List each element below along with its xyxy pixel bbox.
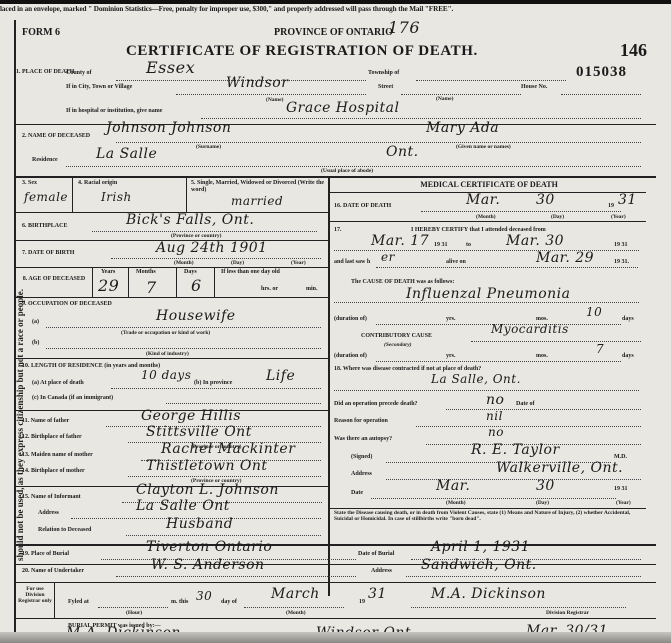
physician-address-label: Address [351,471,372,477]
certify-number: 17. [334,227,342,233]
father-field[interactable]: George Hillis [141,408,241,424]
signed-label: (Signed) [351,454,372,460]
mother-birthplace-field[interactable]: Thistletown Ont [146,458,268,474]
contributory-yrs-label: yrs. [446,353,456,359]
cause-yrs-label: yrs. [446,316,456,322]
operation-label: Did an operation precede death? [334,401,418,407]
cause-duration-label: (duration of) [334,316,367,322]
house-label: House No. [521,84,547,90]
dob-year-caption: (Year) [291,260,306,266]
operation-field[interactable]: no [486,392,504,408]
father-birthplace-label: 12. Birthplace of father [22,434,82,440]
attended-to-year: 19 31 [614,242,628,248]
contracted-field[interactable]: La Salle, Ont. [431,372,521,386]
racial-origin-label: 4. Racial origin [78,180,117,186]
registration-number: 015038 [576,64,627,81]
day-of-label: day of [221,599,237,605]
dob-month-caption: (Month) [174,260,194,266]
given-names-field[interactable]: Mary Ada [426,120,499,136]
certify-date-day-field[interactable]: 30 [536,478,555,494]
city-name-caption: (Name) [266,97,283,103]
relation-label: Relation to Deceased [38,527,91,533]
certify-date-year: 19 31 [614,486,628,492]
street-name-caption: (Name) [436,96,453,102]
postal-notice: laced in an envelope, marked " Dominion … [0,5,671,13]
age-hrs-label: hrs. or [261,286,278,292]
street-label: Street [378,84,393,90]
racial-origin-field[interactable]: Irish [101,190,132,204]
undertaker-label: 20. Name of Undertaker [22,568,84,574]
undertaker-address-field[interactable]: Sandwich, Ont. [421,557,537,573]
informant-field[interactable]: Clayton L. Johnson [136,482,279,498]
autopsy-label: Was there an autopsy? [334,436,392,442]
undertaker-address-label: Address [371,568,392,574]
mother-field[interactable]: Rachel Mackinter [161,441,295,457]
informant-label: 15. Name of Informant [22,494,81,500]
dod-month-caption: (Month) [476,214,496,220]
last-saw-field[interactable]: er [381,250,395,264]
dod-year-field[interactable]: 31 [618,192,637,208]
birthplace-field[interactable]: Bick's Falls, Ont. [126,212,254,228]
city-label: If in City, Town or Village [66,84,132,90]
township-label: Township of [368,70,399,76]
contributory-duration-label: (duration of) [334,353,367,359]
reason-field[interactable]: nil [486,409,503,423]
hospital-label: If in hospital or institution, give name [66,108,162,114]
scan-bottom-edge [0,632,671,643]
registrar-caption: Division Registrar [546,610,589,616]
dod-day-caption: (Day) [551,214,564,220]
sex-label: 3. Sex [22,180,37,186]
last-saw-label: and last saw h [334,259,370,265]
contributory-field[interactable]: Myocarditis [491,322,569,336]
occupation-b-caption: (Kind of industry) [146,351,189,357]
hospital-field[interactable]: Grace Hospital [286,100,400,116]
filed-month-caption: (Month) [286,610,306,616]
contributory-days-label: days [622,353,634,359]
county-label: County of [66,70,92,76]
age-label: 8. AGE OF DECEASED [20,275,88,283]
to-label: to [466,242,471,248]
dod-day-field[interactable]: 30 [536,192,555,208]
operation-date-label: Date of [516,401,535,407]
place-of-death-label: 1. PLACE OF DEATH [16,68,56,76]
registrar-side-label: For use Division Registrar only [17,586,53,604]
residence-label: Residence [32,157,58,163]
cause-label: The CAUSE OF DEATH was as follows: [351,279,454,285]
marital-status-field[interactable]: married [231,194,283,208]
residence-length-label: 10. LENGTH OF RESIDENCE (in years and mo… [22,363,160,369]
county-field[interactable]: Essex [146,58,195,77]
informant-address-field[interactable]: La Salle Ont [136,498,230,514]
physician-address-field[interactable]: Walkerville, Ont. [496,460,623,476]
burial-date-label: Date of Burial [358,551,394,557]
given-names-caption: (Given name or names) [456,144,511,150]
certify-year-caption: (Year) [616,500,631,506]
form-number: FORM 6 [22,27,60,38]
informant-address-label: Address [38,510,59,516]
medical-heading: MEDICAL CERTIFICATE OF DEATH [334,180,644,189]
occupation-b-label: (b) [32,340,39,346]
age-years-field[interactable]: 29 [98,276,119,295]
cause-field[interactable]: Influenzal Pneumonia [406,286,570,302]
certify-date-label: Date [351,490,363,496]
cause-days-label: days [622,316,634,322]
marital-status-label: 5. Single, Married, Widowed or Divorced … [191,180,326,194]
medical-footnote: State the Disease causing death, or in d… [334,510,639,522]
page-number: 146 [620,40,647,61]
age-months-field[interactable]: 7 [146,278,157,297]
filed-day-field[interactable]: 30 [196,589,212,603]
city-field[interactable]: Windsor [226,75,288,91]
certify-date-month-field[interactable]: Mar. [436,478,470,494]
residence-caption: (Usual place of abode) [321,168,373,174]
res-a-label: (a) At place of death [32,380,84,386]
birthplace-label: 6. BIRTHPLACE [22,223,67,229]
filed-month-field[interactable]: March [271,586,320,602]
cause-days-field[interactable]: 10 [586,305,602,319]
father-label: 11. Name of father [22,418,69,424]
undertaker-field[interactable]: W. S. Anderson [151,557,265,573]
mother-birthplace-label: 14. Birthplace of mother [22,468,85,474]
dob-field[interactable]: Aug 24th 1901 [156,240,268,256]
deceased-name-label: 2. NAME OF DECEASED [22,133,90,139]
registrar-signature[interactable]: M.A. Dickinson [431,586,546,602]
res-b-label: (b) In province [194,380,232,386]
mother-label: 13. Maiden name of mother [22,452,93,458]
dod-label: 16. DATE OF DEATH [334,203,391,209]
death-certificate-form: FORM 6 PROVINCE OF ONTARIO 176 CERTIFICA… [14,20,671,643]
surname-caption: (Surname) [196,144,221,150]
dob-label: 7. DATE OF BIRTH [22,250,74,256]
filed-year-prefix: 19 [359,599,365,605]
attended-to-field[interactable]: Mar. 30 [506,233,564,249]
reason-label: Reason for operation [334,418,388,424]
attended-from-field[interactable]: Mar. 17 [371,233,429,249]
attended-from-year: 19 31 [434,242,448,248]
fyled-label: Fyled at [68,599,89,605]
scan-top-edge [0,0,671,4]
burial-place-field[interactable]: Tiverton Ontario [146,539,272,555]
father-birthplace-field[interactable]: Stittsville Ont [146,424,252,440]
province-handwritten-number: 176 [388,18,420,37]
occupation-a-label: (a) [32,319,39,325]
burial-place-label: 19. Place of Burial [22,551,69,557]
surname-field[interactable]: Johnson Johnson [106,120,231,136]
occupation-a-caption: (Trade or occupation or kind of work) [121,330,210,336]
m-this-label: m. this [171,599,188,605]
age-months-label: Months [136,269,156,275]
res-c-label: (c) In Canada (if an immigrant) [32,395,113,401]
burial-date-field[interactable]: April 1, 1931 [431,539,530,555]
res-a-field[interactable]: 10 days [141,368,191,382]
dod-month-field[interactable]: Mar. [466,192,500,208]
residence-province-field[interactable]: Ont. [386,144,419,160]
relation-field[interactable]: Husband [166,516,233,532]
filed-year-field[interactable]: 31 [368,586,387,602]
dod-year-caption: (Year) [611,214,626,220]
contributory-mos-label: mos. [536,353,548,359]
alive-on-field[interactable]: Mar. 29 [536,250,594,266]
res-b-field[interactable]: Life [266,368,295,384]
physician-signature[interactable]: R. E. Taylor [471,442,560,458]
alive-on-label: alive on [446,259,466,265]
autopsy-field[interactable]: no [488,425,504,439]
secondary-caption: (Secondary) [384,342,412,348]
age-days-field[interactable]: 6 [191,276,202,295]
age-min-label: min. [306,286,318,292]
occupation-label: 9. OCCUPATION OF DECEASED [22,301,112,307]
sex-field[interactable]: female [24,190,68,204]
contributory-label: CONTRIBUTORY CAUSE [361,333,432,339]
dod-year-prefix: 19 [608,203,614,209]
contributory-days-field[interactable]: 7 [596,342,604,356]
dob-day-caption: (Day) [231,260,244,266]
occupation-field[interactable]: Housewife [156,308,236,324]
residence-field[interactable]: La Salle [96,146,157,162]
province-label: PROVINCE OF ONTARIO [274,27,393,38]
birthplace-caption: (Province or country) [171,233,222,239]
age-less-label: If less than one day old [221,269,280,275]
hour-caption: (Hour) [126,610,142,616]
certify-month-caption: (Month) [446,500,466,506]
age-days-label: Days [184,269,197,275]
age-years-label: Years [101,269,115,275]
alive-on-year: 19 31. [614,259,629,265]
certify-day-caption: (Day) [536,500,549,506]
